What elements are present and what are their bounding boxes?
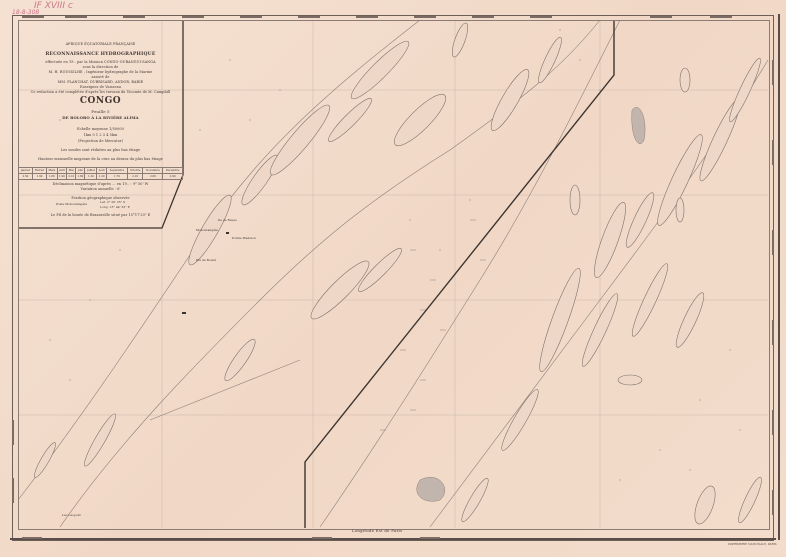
border-scale-segment — [356, 16, 378, 18]
border-scale-segment — [123, 16, 145, 18]
assistants-role: Enseignes de Vaisseau — [18, 85, 183, 89]
compiled-line: Ce reduction a été complétée d'après les… — [18, 90, 183, 94]
monthly-flood-table: Janvier Février Mars Avril Mai Juin Juil… — [18, 167, 183, 180]
value-cell: 1.70 — [106, 174, 127, 180]
scale-label: Echelle moyenne 1/50000 — [18, 127, 183, 131]
place-label: Lac Léopold — [62, 513, 81, 517]
border-scale-segment — [182, 16, 204, 18]
border-scale-segment — [650, 16, 672, 18]
border-scale-segment — [772, 60, 774, 85]
value-cell: 2.10 — [67, 174, 76, 180]
month-value-row: 2.50 1.90 1.80 1.90 2.10 1.80 1.20 1.20 … — [19, 174, 183, 180]
place-label: Pointe Madelon — [232, 236, 256, 240]
scale-ticks: 1km 0 1 2 3 4 5km — [18, 133, 183, 137]
value-cell: 1.20 — [97, 174, 107, 180]
border-scale-segment — [420, 537, 440, 539]
value-cell: 1.20 — [85, 174, 97, 180]
border-scale-segment — [12, 420, 14, 445]
place-label: Ile de Rayes — [218, 218, 237, 222]
border-scale-segment — [530, 16, 552, 18]
longitude-axis-label: Longitude Est de Paris — [352, 528, 402, 533]
border-scale-segment — [22, 16, 44, 18]
right-rule — [778, 14, 780, 540]
observation-point: Poste Mokoutangélé — [56, 202, 87, 206]
value-cell: 2.60 — [143, 174, 163, 180]
title-cartouche: AFRIQUE ÉQUATORIALE FRANÇAISE RECONNAISS… — [18, 20, 183, 228]
director-line: M. H. ROUSSILHE , Ingénieur hydrographe … — [18, 70, 183, 74]
reference-note: Le Fil de la bouée de Brazzaville situé … — [18, 213, 183, 217]
border-scale-segment — [472, 16, 494, 18]
value-cell: 2.50 — [19, 174, 33, 180]
sheet-number: Feuille 5 — [18, 109, 183, 114]
value-cell: 1.80 — [76, 174, 85, 180]
border-scale-segment — [65, 16, 87, 18]
border-scale-segment — [772, 140, 774, 165]
border-scale-segment — [772, 230, 774, 255]
region-heading: AFRIQUE ÉQUATORIALE FRANÇAISE — [18, 42, 183, 46]
main-title: CONGO — [18, 96, 183, 106]
bottom-rule — [10, 538, 776, 540]
border-scale-segment — [22, 537, 42, 539]
longitude: Long. 13° 44' 35" E — [100, 205, 130, 209]
border-scale-segment — [240, 16, 262, 18]
value-cell: 1.90 — [57, 174, 67, 180]
monthly-note: Hauteur mensuelle moyenne de la crue au … — [18, 157, 183, 161]
survey-title: RECONNAISSANCE HYDROGRAPHIQUE — [18, 52, 183, 57]
border-scale-segment — [772, 410, 774, 435]
declination-note: Déclinaison magnétique d'après ... en 19… — [18, 182, 183, 186]
border-scale-segment — [312, 537, 332, 539]
subtitle: DE BOLOBO À LA RIVIÈRE ALIMA — [18, 115, 183, 120]
assisted-line: assisté de — [18, 75, 183, 79]
value-cell: 1.90 — [32, 174, 46, 180]
value-cell: 2.90 — [163, 174, 183, 180]
value-cell: 1.80 — [47, 174, 57, 180]
assistants-line: MM. PLANCHAT, DUBRISARD, ANDOR, BARIE — [18, 80, 183, 84]
border-scale-segment — [772, 490, 774, 515]
border-scale-segment — [772, 320, 774, 345]
place-label: Mokoutangélé — [196, 228, 218, 232]
border-scale-segment — [12, 478, 14, 503]
printer-imprint: IMPRIMERIE NATIONALE, PARIS — [728, 542, 777, 546]
value-cell: 2.10 — [127, 174, 143, 180]
place-label: Pte de Boudé — [196, 258, 216, 262]
variation-note: Variation annuelle : 6' — [18, 187, 183, 191]
direction-line: sous la direction de — [18, 65, 183, 69]
border-scale-segment — [414, 16, 436, 18]
latitude: Lat. 2° 20' 25" S — [100, 200, 125, 204]
border-scale-segment — [710, 16, 732, 18]
projection-label: (Projection de Mercator) — [18, 139, 183, 143]
border-scale-segment — [298, 16, 320, 18]
soundings-note: Les sondes sont réduites au plus bas éti… — [18, 148, 183, 152]
mission-line: effectuée en 19.. par la Mission CONGO-O… — [18, 60, 183, 64]
